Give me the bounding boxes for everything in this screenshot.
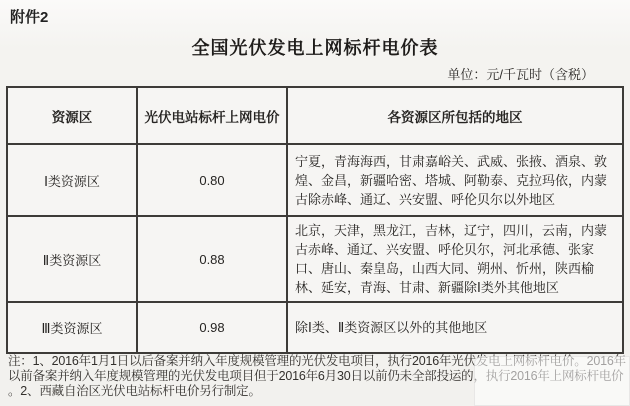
document-page: 附件2 全国光伏发电上网标杆电价表 单位：元/千瓦时（含税） 资源区 光伏电站标… (0, 0, 630, 406)
zone-cell-2: Ⅱ类资源区 (7, 216, 137, 302)
regions-cell-2: 北京，天津，黑龙江，吉林，辽宁，四川，云南，内蒙古赤峰、通辽、兴安盟、呼伦贝尔，… (287, 216, 623, 302)
table-row: Ⅲ类资源区 0.98 除Ⅰ类、Ⅱ类资源区以外的其他地区 (7, 302, 623, 353)
tariff-table: 资源区 光伏电站标杆上网电价 各资源区所包括的地区 Ⅰ类资源区 0.80 宁夏，… (6, 86, 624, 354)
column-header-regions: 各资源区所包括的地区 (287, 87, 623, 144)
zone-cell-1: Ⅰ类资源区 (7, 144, 137, 216)
zone-cell-3: Ⅲ类资源区 (7, 302, 137, 353)
table-row: Ⅰ类资源区 0.80 宁夏，青海海西，甘肃嘉峪关、武威、张掖、酒泉、敦煌、金昌，… (7, 144, 623, 216)
attachment-label: 附件2 (10, 6, 48, 27)
regions-cell-1: 宁夏，青海海西，甘肃嘉峪关、武威、张掖、酒泉、敦煌、金昌，新疆哈密、塔城、阿勒泰… (287, 144, 623, 216)
regions-cell-3: 除Ⅰ类、Ⅱ类资源区以外的其他地区 (287, 302, 623, 353)
watermark (474, 356, 630, 406)
price-cell-2: 0.88 (137, 216, 287, 302)
table-row: Ⅱ类资源区 0.88 北京，天津，黑龙江，吉林，辽宁，四川，云南，内蒙古赤峰、通… (7, 216, 623, 302)
price-cell-1: 0.80 (137, 144, 287, 216)
unit-label: 单位：元/千瓦时（含税） (447, 64, 594, 83)
column-header-price: 光伏电站标杆上网电价 (137, 87, 287, 144)
column-header-zone: 资源区 (7, 87, 137, 144)
table-header-row: 资源区 光伏电站标杆上网电价 各资源区所包括的地区 (7, 87, 623, 144)
price-cell-3: 0.98 (137, 302, 287, 353)
page-title: 全国光伏发电上网标杆电价表 (0, 34, 630, 60)
